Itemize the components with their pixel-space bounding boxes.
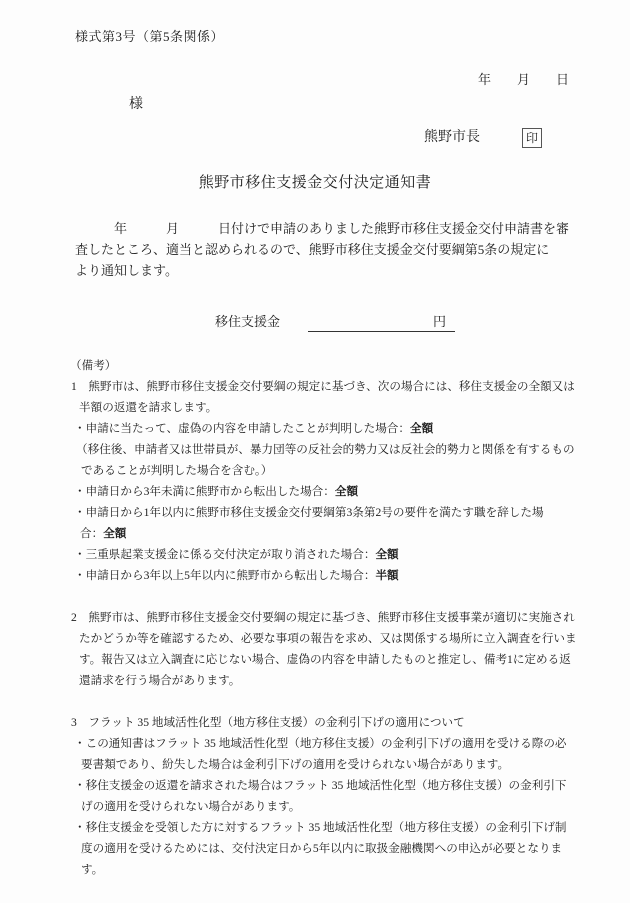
remark-line: 合：全額	[0, 523, 630, 544]
remark-line: であることが判明した場合を含む。）	[0, 460, 630, 481]
remark-line: 3 フラット 35 地域活性化型（地方移住支援）の金利引下げの適用について	[0, 712, 630, 733]
amount-unit: 円	[433, 314, 446, 329]
amount-line: 移住支援金円	[215, 311, 630, 333]
remark-line: ・この通知書はフラット 35 地域活性化型（地方移住支援）の金利引下げの適用を受…	[0, 733, 630, 754]
remark-line: す。	[0, 859, 630, 880]
seal-mark: 印	[522, 128, 542, 148]
remarks-section: （備考） 1 熊野市は、熊野市移住支援金交付要綱の規定に基づき、次の場合には、移…	[0, 355, 630, 880]
remark-line: 還請求を行う場合があります。	[0, 670, 630, 691]
addressee-line: 様	[129, 96, 630, 114]
remark-line: 要書類であり、紛失した場合は金利引下げの適用を受けられない場合があります。	[0, 754, 630, 775]
paragraph-line: 査したところ、適当と認められるので、熊野市移住支援金交付要綱第5条の規定に	[75, 239, 630, 260]
amount-blank-field: 円	[308, 313, 455, 332]
remark-line: ・移住支援金の返還を請求された場合はフラット 35 地域活性化型（地方移住支援）…	[0, 775, 630, 796]
mayor-title: 熊野市長	[424, 130, 480, 145]
remark-line: 1 熊野市は、熊野市移住支援金交付要綱の規定に基づき、次の場合には、移住支援金の…	[0, 376, 630, 397]
remark-line: 半額の返還を請求します。	[0, 397, 630, 418]
document-title: 熊野市移住支援金交付決定通知書	[0, 172, 630, 194]
remark-line: 2 熊野市は、熊野市移住支援金交付要綱の規定に基づき、熊野市移住支援事業が適切に…	[0, 607, 630, 628]
remark-line: す。報告又は立入調査に応じない場合、虚偽の内容を申請したものと推定し、備考1に定…	[0, 649, 630, 670]
remark-line: ・申請に当たって、虚偽の内容を申請したことが判明した場合：全額	[0, 418, 630, 439]
remark-line: げの適用を受けられない場合があります。	[0, 796, 630, 817]
remark-line: （移住後、申請者又は世帯員が、暴力団等の反社会的勢力又は反社会的勢力と関係を有す…	[0, 439, 630, 460]
remark-line: たかどうか等を確認するため、必要な事項の報告を求め、又は関係する場所に立入調査を…	[0, 628, 630, 649]
notice-paragraph: 年 月 日付けで申請のありました熊野市移住支援金交付申請書を審 査したところ、適…	[75, 218, 630, 281]
remarks-label: （備考）	[0, 355, 630, 376]
remark-line: ・申請日から1年以内に熊野市移住支援金交付要綱第3条第2号の要件を満たす職を辞し…	[0, 502, 630, 523]
paragraph-line: より通知します。	[75, 260, 630, 281]
remark-line: 度の適用を受けるためには、交付決定日から5年以内に取扱金融機関への申込が必要とな…	[0, 838, 630, 859]
paragraph-line: 年 月 日付けで申請のありました熊野市移住支援金交付申請書を審	[75, 218, 630, 239]
remark-line: ・申請日から3年以上5年以内に熊野市から転出した場合：半額	[0, 565, 630, 586]
form-number: 様式第3号（第5条関係）	[75, 0, 630, 46]
document-page: 様式第3号（第5条関係） 年 月 日 様 熊野市長印 熊野市移住支援金交付決定通…	[0, 0, 630, 903]
amount-label: 移住支援金	[215, 314, 280, 329]
mayor-line: 熊野市長印	[424, 128, 630, 148]
addressee-honorific: 様	[129, 97, 143, 112]
remark-line: ・三重県起業支援金に係る交付決定が取り消された場合：全額	[0, 544, 630, 565]
remark-line: ・申請日から3年未満に熊野市から転出した場合：全額	[0, 481, 630, 502]
remark-line: ・移住支援金を受領した方に対するフラット 35 地域活性化型（地方移住支援）の金…	[0, 817, 630, 838]
date-line: 年 月 日	[0, 71, 630, 89]
